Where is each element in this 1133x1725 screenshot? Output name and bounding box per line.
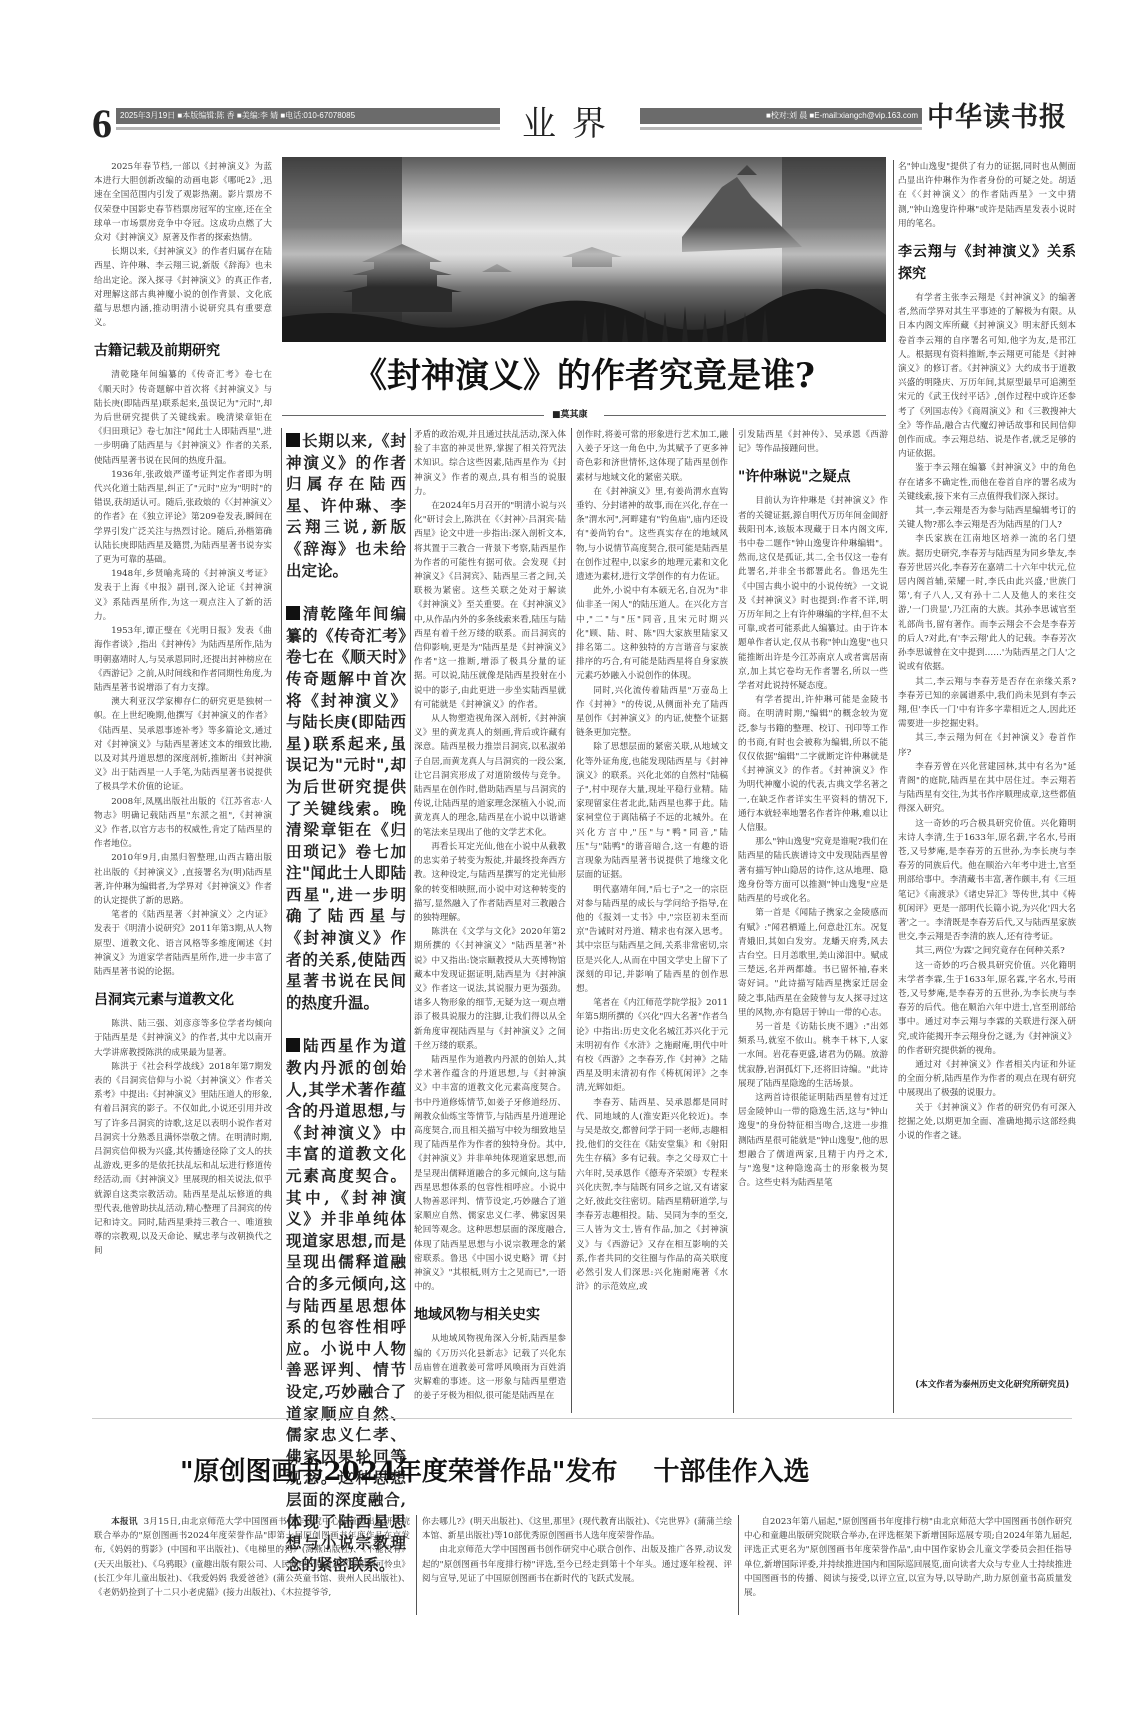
paragraph: 澳大利亚汉学家柳存仁的研究更是独树一帜。在上世纪晚期,他撰写《封神演义的作者》《… <box>94 695 272 794</box>
paragraph: 2010年9月,由黑归智整理,山西古籍出版社出版的《封神演义》,直接署名为(明)… <box>94 851 272 908</box>
article-headline: 《封神演义》的作者究竟是谁? <box>282 352 886 400</box>
paragraph: 这一奇妙的巧合极具研究价值。兴化籍明末诗人李清,生于1633年,原名薪,字名水,… <box>898 817 1076 945</box>
paragraph: 通过对《封神演义》作者相关内证和外证的全面分析,陆西星作为作者的观点在现有研究中… <box>898 1058 1076 1101</box>
paragraph: 这两首诗很能证明陆西星曾有过迁居金陵钟山一带的隐逸生活,这与"钟山逸叟"的身份特… <box>738 1091 888 1190</box>
subheading: "许仲琳说"之疑点 <box>738 466 888 488</box>
paragraph: 那么"钟山逸叟"究竟是谁呢?我们在陆西星的陆氏族谱诗文中发现陆西星曾著有描写钟山… <box>738 835 888 906</box>
square-bullet-icon <box>286 1038 300 1052</box>
column-rule <box>733 428 734 1413</box>
square-bullet-icon <box>286 606 300 620</box>
paragraph: 李春芳、陆西星、吴承恩都是同时代、同地域的人(淮安距兴化较近)。李与吴是故交,都… <box>576 1096 728 1295</box>
news-headline-main: "原创图画书2024年度荣誉作品"发布 <box>180 1457 617 1487</box>
header-left-bar: 2025年3月19日 ■本版编辑:陈 香 ■美编:李 婧 ■电话:010-670… <box>116 108 500 130</box>
article-column-3: 矛盾的政治观,并且通过扶乩活动,深入体验了丰富的神灵世界,掌握了相关符咒法术知识… <box>414 428 566 1413</box>
subheading: 李云翔与《封神演义》关系探究 <box>898 241 1076 285</box>
paragraph: 有学者提出,许仲琳可能是金陵书商。在明清时期,"编辑"的概念较为宽泛,参与书籍的… <box>738 693 888 835</box>
subheading: 古籍记载及前期研究 <box>94 340 272 362</box>
paragraph: 自2023年第八届起,"原创图画书年度排行榜"由北京师范大学中国图画书创作研究中… <box>744 1515 1072 1600</box>
news-headline: "原创图画书2024年度荣誉作品"发布十部佳作入选 <box>180 1450 980 1494</box>
article-illustration <box>282 157 886 342</box>
paragraph: 长期以来,《封神演义》的作者归属存在陆西星、许仲琳、李云翔三说,新版《辞海》也未… <box>94 245 272 330</box>
pull-quote-rule-left <box>281 428 282 1370</box>
paragraph: 你去哪儿?》(明天出版社)、《这里,那里》(现代教育出版社)、《完世界》(蒲蒲兰… <box>422 1515 732 1543</box>
paragraph: 明代嘉靖年间,"后七子"之一的宗臣对参与陆西星的成长与学问给予指导,在他的《报刘… <box>576 883 728 997</box>
paragraph: 2008年,凤凰出版社出版的《江苏省志·人物志》明确记载陆西星"东派之祖",《封… <box>94 795 272 852</box>
paragraph: 此外,小说中有本硕无名,自况为"非仙非圣一闲人"的陆压道人。在兴化方言中,"二"… <box>576 584 728 683</box>
header-right-bar: ■校对:刘 晨 ■E-mail:xiangch@vip.163.com <box>640 108 922 130</box>
paragraph: 笔者的《陆西星著〈封神演义〉之内证》发表于《明清小说研究》2011年第3期,从人… <box>94 908 272 979</box>
paragraph: 再看长耳定光仙,他在小说中从截教的忠实弟子转变为叛徒,并最终投奔西方教。这种设定… <box>414 840 566 925</box>
newspaper-masthead: 中华读书报 <box>927 100 1067 136</box>
pull-quote: 长期以来,《封神演义》的作者归属存在陆西星、许仲琳、李云翔三说,新版《辞海》也未… <box>286 430 406 581</box>
divider <box>282 415 544 416</box>
author-byline: ■莫其康 <box>552 408 588 422</box>
author-credit: (本文作者为泰州历史文化研究所研究员) <box>898 1378 1076 1392</box>
news-headline-sub: 十部佳作入选 <box>653 1457 809 1487</box>
paragraph: 从人物塑造视角深入剖析,《封神演义》里的黄龙真人的刻画,背后或许藏有深意。陆西星… <box>414 712 566 840</box>
paragraph: 名"钟山逸叟"提供了有力的证据,同时也从侧面凸显出许仲琳作为作者身份的可疑之处。… <box>898 160 1076 231</box>
paragraph: 李春芳曾在兴化营建园林,其中有名为"延青阁"的庭院,陆西星在其中居住过。李云翔若… <box>898 760 1076 817</box>
section-title: 业界 <box>522 104 622 144</box>
header-info-right: ■校对:刘 晨 ■E-mail:xiangch@vip.163.com <box>640 108 922 124</box>
paragraph: 陈洪于《社会科学战线》2018年第7期发表的《吕洞宾信仰与小说〈封神演义〉作者关… <box>94 1060 272 1259</box>
paragraph: 目前认为许仲琳是《封神演义》作者的关键证据,源自明代万历年间金阊舒载阳刊本,该版… <box>738 494 888 693</box>
header-bar-underline <box>640 127 922 130</box>
section-separator <box>92 1418 1072 1419</box>
paragraph: 在2024年5月召开的"明清小说与兴化"研讨会上,陈洪在《〈封神〉·吕洞宾·陆西… <box>414 499 566 712</box>
paragraph: 李氏家族在江南地区培养一流的名门望族。据历史研究,李春芳与陆西星为同乡挚友,李春… <box>898 532 1076 674</box>
article-column-6: 名"钟山逸叟"提供了有力的证据,同时也从侧面凸显出许仲琳作为作者身份的可疑之处。… <box>898 160 1076 1355</box>
palace-battlefield-image <box>282 157 886 342</box>
article-column-5: 引发陆西星《封神传》、吴承恩《西游记》等作品接踵问世。 "许仲琳说"之疑点 目前… <box>738 428 888 1413</box>
paragraph: 其一,李云翔是否为参与陆西星编辑考订的关键人物?那么李云翔是否为陆西星的门人? <box>898 504 1076 532</box>
news-lead: 本报讯 <box>111 1517 137 1527</box>
paragraph: 由北京师范大学中国图画书创作研究中心联合创作、出版及推广各界,动议发起的"原创图… <box>422 1543 732 1586</box>
paragraph: 笔者在《内江师范学院学报》2011年第5期所撰的《兴化"四大名著"作者刍论》中指… <box>576 996 728 1095</box>
column-rule <box>738 1515 739 1615</box>
article-column-1: 2025年春节档,一部以《封神演义》为蓝本进行大胆创新改编的动画电影《哪吒2》,… <box>94 160 272 1410</box>
paragraph: 创作时,将姜可常的形象进行艺术加工,融入姜子牙这一角色中,为其赋予了更多神奇色彩… <box>576 428 728 485</box>
pull-quote: 陆西星作为道教内丹派的创始人,其学术著作蕴含的丹道思想,与《封神演义》中丰富的道… <box>286 1035 406 1575</box>
paragraph: 这一奇妙的巧合极具研究价值。兴化籍明末学者李霖,生于1633年,原名霖,字名水,… <box>898 959 1076 1058</box>
square-bullet-icon <box>286 433 300 447</box>
header-bar-underline <box>116 127 500 130</box>
paragraph: 在《封神演义》里,有姜尚渭水直钩垂钓、分封诸神的故事,而在兴化,存在一条"渭水河… <box>576 485 728 584</box>
column-rule <box>416 1515 417 1615</box>
page-number: 6 <box>92 104 112 144</box>
paragraph: 引发陆西星《封神传》、吴承恩《西游记》等作品接踵问世。 <box>738 428 888 456</box>
paragraph: 关于《封神演义》作者的研究仍有可深入挖掘之处,以期更加全面、准确地揭示这部经典小… <box>898 1101 1076 1144</box>
paragraph: 其三,两位'为霖'之间究竟存在何种关系? <box>898 944 1076 958</box>
column-rule <box>893 160 894 1413</box>
paragraph: 同时,兴化流传着陆西星"万壶岛上作《封神》"的传说,从侧面补充了陆西星创作《封神… <box>576 684 728 741</box>
pull-quotes: 长期以来,《封神演义》的作者归属存在陆西星、许仲琳、李云翔三说,新版《辞海》也未… <box>286 430 406 1597</box>
pull-quote: 清乾隆年间编纂的《传奇汇考》卷七在《顺天时》传奇题解中首次将《封神演义》与陆长庚… <box>286 603 406 1013</box>
paragraph: 第一首是《闻陆子携家之金陵感而有赋》:"闻君栖遁上,何意赴江东。况复青娥旧,其如… <box>738 906 888 1020</box>
paragraph: 其三,李云翔为何在《封神演义》卷首作序? <box>898 731 1076 759</box>
article-column-4: 创作时,将姜可常的形象进行艺术加工,融入姜子牙这一角色中,为其赋予了更多神奇色彩… <box>576 428 728 1413</box>
subheading: 地域风物与相关史实 <box>414 1304 566 1326</box>
paragraph: 陆西星作为道教内丹派的创始人,其学术著作蕴含的丹道思想,与《封神演义》中丰富的道… <box>414 1053 566 1294</box>
paragraph: 鉴于李云翔在编纂《封神演义》中的角色存在诸多不确定性,而他在卷首自序的署名成为关… <box>898 461 1076 504</box>
subheading: 吕洞宾元素与道教文化 <box>94 989 272 1011</box>
paragraph: 另一首是《访陆长庚不遇》:"出郊频系马,就室不依山。桃李千林下,人家一水间。岩花… <box>738 1020 888 1091</box>
paragraph: 1948年,乡贤喻兆琦的《封神演义考证》发表于上海《申报》副刊,深入论证《封神演… <box>94 567 272 624</box>
byline-row: ■莫其康 <box>282 408 886 422</box>
news-column-1: 本报讯 3月15日,由北京师范大学中国图画书创作研究中心和童趣出版研究院联合举办… <box>94 1515 410 1600</box>
paragraph: 从地域风物视角深入分析,陆西星参编的《万历兴化县新志》记载了兴化东岳庙曾在道教姜… <box>414 1332 566 1403</box>
paragraph: 矛盾的政治观,并且通过扶乩活动,深入体验了丰富的神灵世界,掌握了相关符咒法术知识… <box>414 428 566 499</box>
paragraph: 其二,李云翔与李春芳是否存在亲缘关系?李春芳已知的亲属谱系中,我们尚未见到有李云… <box>898 675 1076 732</box>
pull-quote-rule-right <box>410 428 411 1370</box>
divider <box>604 415 886 416</box>
paragraph: 有学者主张李云翔是《封神演义》的编著者,然而学界对其生平事迹的了解极为有限。从日… <box>898 291 1076 461</box>
paragraph: 陈洪在《文学与文化》2020年第2期所撰的《〈封神演义〉"陆西星著"补说》中又指… <box>414 925 566 1053</box>
column-rule <box>571 428 572 1413</box>
paragraph: 本报讯 3月15日,由北京师范大学中国图画书创作研究中心和童趣出版研究院联合举办… <box>94 1515 410 1600</box>
paragraph: 除了思想层面的紧密关联,从地域文化等外证角度,也能发现陆西星与《封神演义》的联系… <box>576 740 728 882</box>
paragraph: 1953年,谭正璧在《光明日报》发表《曲海作者谈》,指出《封神传》为陆西星所作,… <box>94 624 272 695</box>
news-column-3: 自2023年第八届起,"原创图画书年度排行榜"由北京师范大学中国图画书创作研究中… <box>744 1515 1072 1600</box>
paragraph: 1936年,张政烺严谨考证判定作者即为明代兴化道士陆西星,纠正了"元时"应为"明… <box>94 468 272 567</box>
paragraph: 陈洪、陆三强、刘彦彦等多位学者均倾向于陆西星是《封神演义》的作者,其中尤以南开大… <box>94 1017 272 1060</box>
paragraph: 2025年春节档,一部以《封神演义》为蓝本进行大胆创新改编的动画电影《哪吒2》,… <box>94 160 272 245</box>
news-column-2: 你去哪儿?》(明天出版社)、《这里,那里》(现代教育出版社)、《完世界》(蒲蒲兰… <box>422 1515 732 1586</box>
paragraph: 清乾隆年间编纂的《传奇汇考》卷七在《顺天时》传奇题解中首次将《封神演义》与陆长庚… <box>94 368 272 467</box>
header-info-left: 2025年3月19日 ■本版编辑:陈 香 ■美编:李 婧 ■电话:010-670… <box>116 108 500 124</box>
